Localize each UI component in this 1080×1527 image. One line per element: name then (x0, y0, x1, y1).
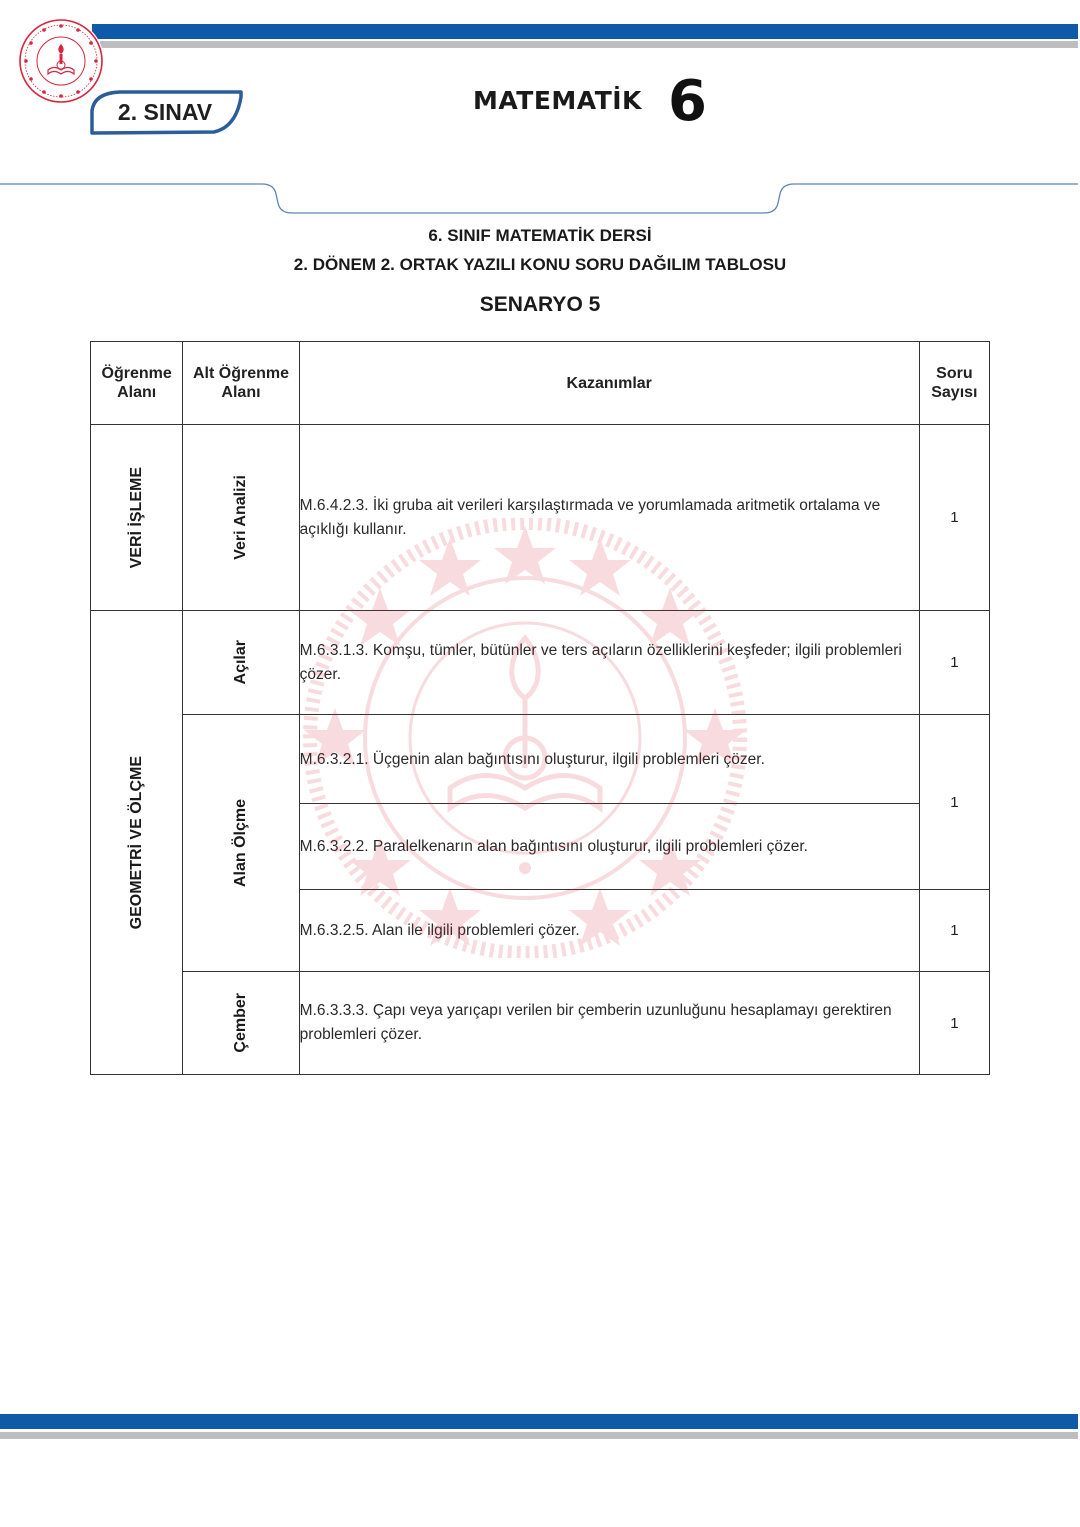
header-learning-area-line2: Alanı (117, 384, 156, 401)
sub-area-cell: Açılar (183, 611, 299, 715)
question-count-cell: 1 (919, 972, 989, 1075)
header-sub-learning-area-line2: Alanı (221, 384, 260, 401)
outcome-cell: M.6.3.3.3. Çapı veya yarıçapı verilen bi… (299, 972, 919, 1075)
header-blue-stripe (92, 24, 1078, 39)
document-subtitle: 2. DÖNEM 2. ORTAK YAZILI KONU SORU DAĞIL… (0, 255, 1080, 275)
header-question-count-line2: Sayısı (931, 384, 977, 401)
header-question-count: Soru Sayısı (919, 342, 989, 425)
sub-area-cell: Çember (183, 972, 299, 1075)
header-learning-area: Öğrenme Alanı (91, 342, 183, 425)
document-title: 6. SINIF MATEMATİK DERSİ (0, 226, 1080, 246)
sub-area-label: Alan Ölçme (232, 799, 250, 887)
header-sub-learning-area-line1: Alt Öğrenme (193, 365, 289, 382)
question-count-cell: 1 (919, 425, 989, 611)
footer-gray-stripe (0, 1432, 1078, 1439)
sub-area-cell: Alan Ölçme (183, 715, 299, 972)
header-sub-learning-area: Alt Öğrenme Alanı (183, 342, 299, 425)
scenario-title: SENARYO 5 (0, 293, 1080, 317)
learning-area-cell: GEOMETRİ VE ÖLÇME (91, 611, 183, 1075)
outcome-cell: M.6.3.2.5. Alan ile ilgili problemleri ç… (299, 890, 919, 972)
sub-area-label: Açılar (232, 640, 250, 684)
outcome-cell: M.6.3.1.3. Komşu, tümler, bütünler ve te… (299, 611, 919, 715)
question-count-cell: 1 (919, 715, 989, 890)
sub-area-label: Çember (232, 993, 250, 1053)
table-row: GEOMETRİ VE ÖLÇME Açılar M.6.3.1.3. Komş… (91, 611, 990, 715)
sub-area-cell: Veri Analizi (183, 425, 299, 611)
question-count-cell: 1 (919, 890, 989, 972)
header-divider (0, 170, 1080, 230)
table-row: VERİ İŞLEME Veri Analizi M.6.4.2.3. İki … (91, 425, 990, 611)
learning-area-label: VERİ İŞLEME (128, 467, 146, 568)
sub-area-label: Veri Analizi (232, 475, 250, 560)
outcome-cell: M.6.3.2.1. Üçgenin alan bağıntısını oluş… (299, 715, 919, 804)
exam-badge-label: 2. SINAV (90, 89, 240, 133)
learning-area-cell: VERİ İŞLEME (91, 425, 183, 611)
exam-badge: 2. SINAV (90, 89, 242, 133)
table-row: Alan Ölçme M.6.3.2.1. Üçgenin alan bağın… (91, 715, 990, 804)
footer-blue-stripe (0, 1414, 1078, 1429)
header-question-count-line1: Soru (936, 365, 972, 382)
table-row: Çember M.6.3.3.3. Çapı veya yarıçapı ver… (91, 972, 990, 1075)
table-header-row: Öğrenme Alanı Alt Öğrenme Alanı Kazanıml… (91, 342, 990, 425)
outcome-cell: M.6.3.2.2. Paralelkenarın alan bağıntısı… (299, 804, 919, 890)
topic-distribution-table: Öğrenme Alanı Alt Öğrenme Alanı Kazanıml… (90, 341, 990, 1075)
header-learning-area-line1: Öğrenme (102, 365, 172, 382)
header-gray-stripe (100, 41, 1078, 48)
header-outcomes: Kazanımlar (299, 342, 919, 425)
grade-number: 6 (668, 70, 707, 134)
outcome-cell: M.6.4.2.3. İki gruba ait verileri karşıl… (299, 425, 919, 611)
subject-title: MATEMATİK (473, 86, 642, 115)
learning-area-label: GEOMETRİ VE ÖLÇME (128, 756, 146, 929)
question-count-cell: 1 (919, 611, 989, 715)
